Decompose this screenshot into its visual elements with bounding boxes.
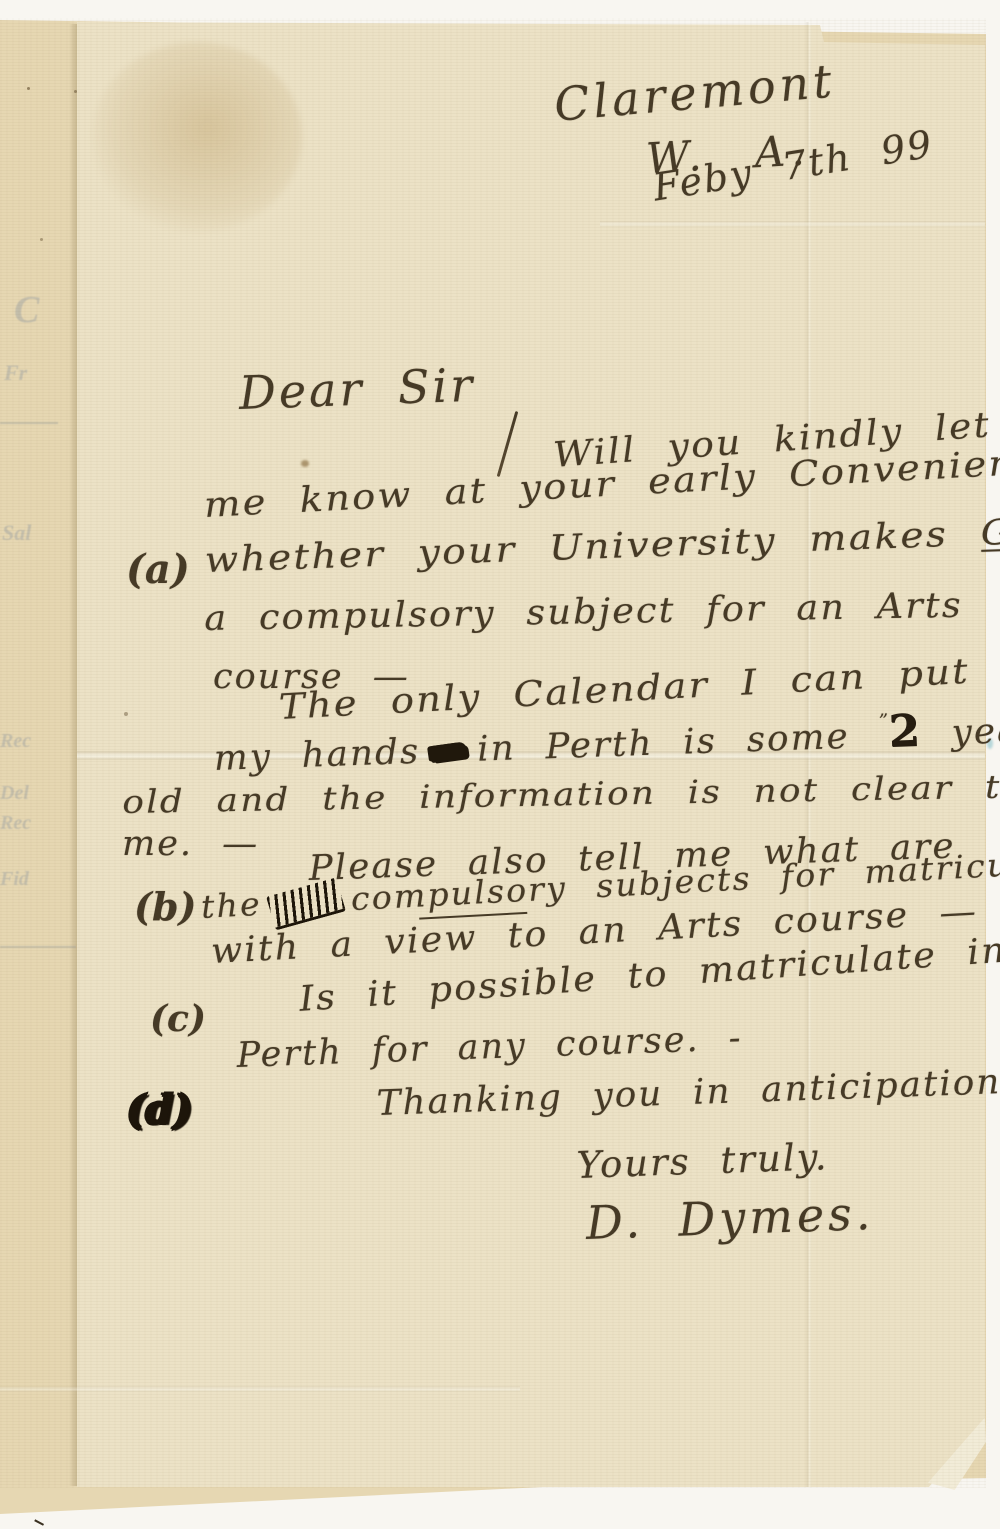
ink-blot-strikeout — [429, 741, 468, 763]
underlay-fragment: Sal — [2, 520, 31, 546]
signature: D. Dymes. — [585, 1186, 875, 1250]
paper-speck — [124, 712, 128, 716]
closing: Yours truly. — [576, 1135, 829, 1187]
underlay-fragment: Del — [0, 782, 29, 805]
horizontal-fold-crease — [0, 1386, 520, 1392]
underlay-rule — [0, 422, 58, 424]
list-marker-c: (c) — [150, 998, 206, 1040]
underlined-word-greek: Greek — [980, 509, 1000, 554]
underlay-fragment: C — [14, 288, 39, 332]
body-line: me. — — [122, 824, 259, 864]
salutation: Dear Sir — [238, 358, 476, 420]
underlay-rule — [0, 946, 76, 948]
bold-number-2: 2 — [888, 705, 923, 757]
body-text: the — [200, 885, 263, 926]
letter-scan: C Fr Sal Rec Del Rec Fid Claremont W. A.… — [0, 0, 1000, 1529]
paper-speck — [74, 90, 77, 93]
pen-mark — [34, 1512, 48, 1526]
list-marker-a: (a) — [126, 546, 190, 593]
body-text: years — [951, 709, 1000, 753]
paper-stain — [92, 42, 302, 232]
body-text: my hands — [213, 732, 421, 779]
list-marker-d-blotted: (d) — [126, 1086, 192, 1133]
horizontal-fold-crease — [600, 221, 985, 227]
underlay-fragment: Rec — [0, 812, 31, 835]
underlay-fragment: Fr — [4, 360, 27, 386]
underlay-fragment: Rec — [0, 730, 31, 753]
paper-speck — [301, 460, 309, 467]
paper-speck — [40, 238, 43, 241]
underlay-fragment: Fid — [0, 868, 29, 891]
list-marker-b: (b) — [134, 884, 197, 929]
paper-speck — [27, 87, 30, 90]
